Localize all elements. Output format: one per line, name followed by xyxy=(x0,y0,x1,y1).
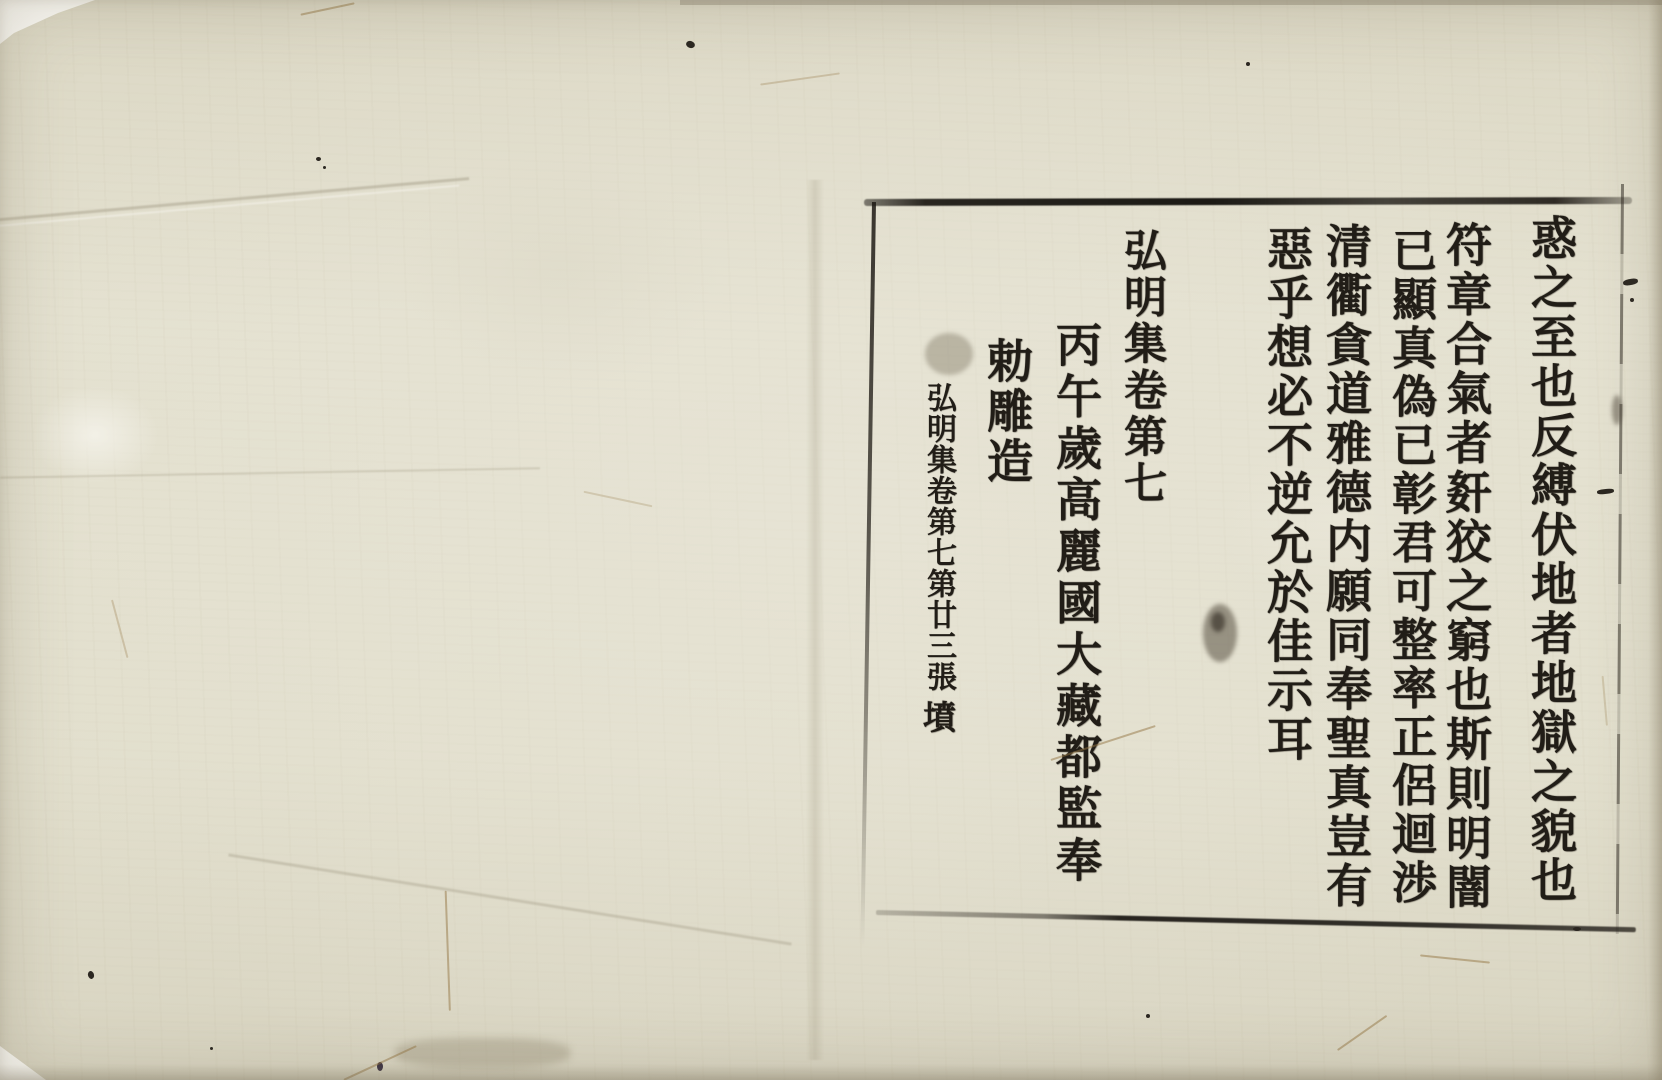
colophon-line-1: 丙午歲高麗國大藏都監奉 xyxy=(1053,321,1099,888)
scan-edge-right xyxy=(1648,0,1662,1080)
paper-crease xyxy=(0,185,459,228)
paper-fiber xyxy=(1420,954,1490,963)
scan-edge-bottom xyxy=(0,1064,1662,1080)
paper-fiber xyxy=(1337,1015,1387,1051)
scan-edge-top-left xyxy=(0,0,100,48)
ink-smudge xyxy=(925,333,973,375)
paper-crease xyxy=(0,467,540,478)
page-fold-shading xyxy=(806,180,824,1060)
paper-crease xyxy=(0,177,469,222)
ink-speck xyxy=(1246,62,1250,66)
ink-speck xyxy=(1623,278,1639,287)
ink-speck xyxy=(1146,1014,1150,1018)
text-column-4: 清衢貪道雅德内願同奉聖真豈有 xyxy=(1323,222,1369,911)
page-scan: 惑之至也反縛伏地者地獄之貌也 符章合氣者姧狡之窮也斯則明闇 已顯真偽已彰君可整率… xyxy=(0,0,1662,1080)
volume-title-column: 弘明集卷第七 xyxy=(1120,228,1163,507)
ink-speck xyxy=(1573,927,1581,931)
frame-border-right xyxy=(1616,184,1624,934)
case-character: 墳 xyxy=(921,700,954,733)
ink-smudge xyxy=(1211,612,1225,632)
text-column-3: 已顯真偽已彰君可整率正侶迴渉 xyxy=(1388,227,1433,907)
ink-speck xyxy=(1630,298,1634,302)
frame-border-left xyxy=(860,202,875,947)
scan-edge-top xyxy=(680,0,1662,5)
text-column-2: 符章合氣者姧狡之窮也斯則明闇 xyxy=(1443,221,1489,913)
paper-fiber xyxy=(1602,676,1608,726)
paper-fiber xyxy=(584,491,653,507)
paper-fiber xyxy=(445,891,451,1011)
paper-fiber xyxy=(300,2,354,15)
paper-crease xyxy=(228,853,791,945)
ink-speck xyxy=(323,166,326,169)
ink-speck xyxy=(1597,488,1614,495)
text-column-5: 惡乎想必不逆允於佳示耳 xyxy=(1264,225,1310,764)
ink-smudge xyxy=(1612,395,1622,425)
frame-border-bottom xyxy=(876,910,1636,932)
text-column-1: 惑之至也反縛伏地者地獄之貌也 xyxy=(1528,214,1574,906)
frame-border-top xyxy=(864,197,1632,206)
ink-speck xyxy=(87,970,95,979)
colophon-line-2: 勅雕造 xyxy=(984,337,1030,487)
paper-fiber xyxy=(760,72,839,85)
paper-fiber xyxy=(112,600,129,658)
ink-speck xyxy=(685,40,696,50)
sheet-number-column: 弘明集卷第七第廿三張 xyxy=(923,382,953,692)
ink-speck xyxy=(210,1047,213,1050)
ink-speck xyxy=(316,157,321,161)
